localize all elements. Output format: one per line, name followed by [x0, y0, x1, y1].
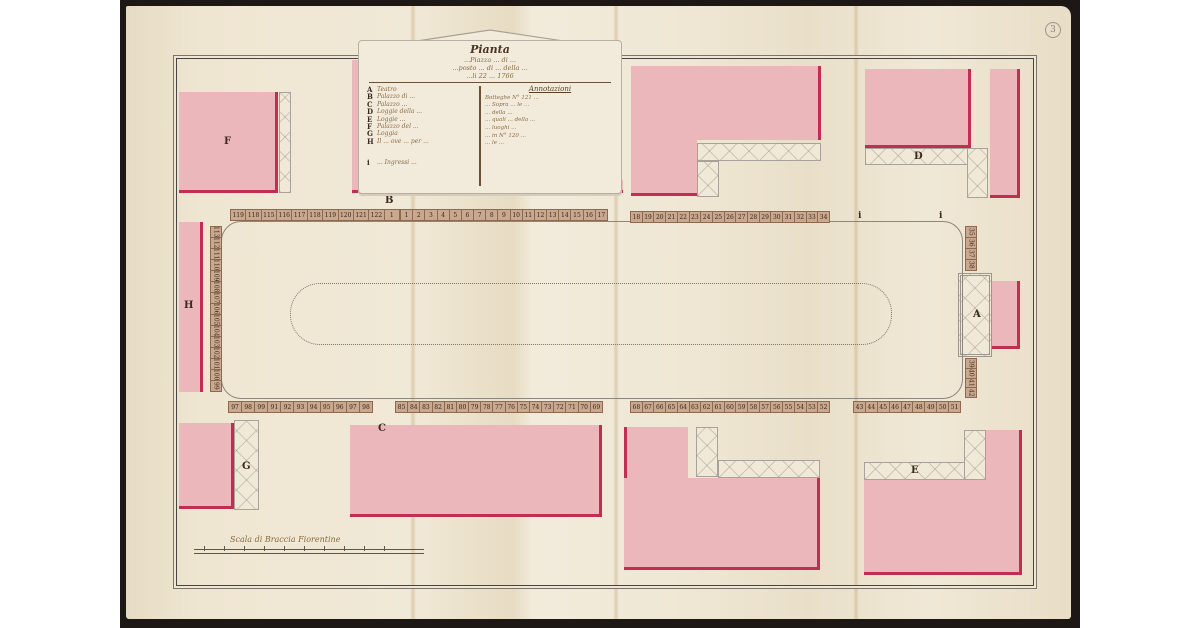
sheet-number: 3: [1045, 22, 1061, 38]
subtitle-line: ...posto ... di ... della ...: [367, 64, 613, 72]
annotation-line: ... in N° 120 ...: [485, 133, 615, 141]
portico-E-side: [964, 430, 986, 480]
annotation-line: ... quali ... della ...: [485, 117, 615, 125]
race-track: [290, 283, 892, 345]
legend-row: CPalazzo ...: [367, 101, 477, 108]
portico-D-side: [967, 148, 988, 198]
scale-bar: [194, 549, 424, 554]
portico-F: [279, 92, 291, 193]
building-A[interactable]: A: [958, 273, 992, 357]
building-B-label: B: [385, 195, 393, 206]
building-G[interactable]: G: [234, 420, 259, 510]
building-F[interactable]: F: [179, 92, 278, 193]
stalls-right-lower: 39404142: [965, 358, 977, 398]
building-G-block: [179, 423, 234, 509]
building-north-center[interactable]: [631, 66, 821, 140]
legend-row: HIl ... ove ... per ...: [367, 138, 477, 145]
annotation-line: ... Sopra ... le ...: [485, 102, 615, 110]
portico-north-center: [697, 143, 821, 161]
scale-label: Scala di Braccia Fiorentine: [230, 535, 340, 544]
building-E[interactable]: [864, 480, 1022, 575]
building-D-label: D: [914, 151, 923, 162]
entrance-marker: i: [939, 211, 942, 221]
building-south-center[interactable]: [624, 478, 820, 570]
annotation-line: ... le ...: [485, 140, 615, 148]
stalls-bottom-center: 8584838281807978777675747372717069: [395, 401, 603, 413]
stalls-bottom-right-mid: 6867666564636261605958575655545352: [630, 401, 830, 413]
legend-row: BPalazzo di ...: [367, 93, 477, 100]
stalls-top-center: 1234567891011121314151617: [400, 209, 608, 221]
building-label: H: [184, 300, 193, 311]
annotation-line: Botteghe N° 121 ...: [485, 95, 615, 103]
stalls-top-left: 1191181151161171181191201211221: [230, 209, 400, 221]
annotations-title: Annotazioni: [485, 86, 615, 94]
stalls-bottom-left: 9798999192939495969798: [228, 401, 373, 413]
subtitle-line: ...li 22 ... 1766: [367, 72, 613, 80]
stalls-bottom-right: 434445464748495051: [853, 401, 961, 413]
building-E-east: [986, 430, 1022, 480]
cartouche-divider: [479, 86, 481, 186]
stalls-right-upper: 35363738: [965, 226, 977, 271]
annotations: Annotazioni Botteghe N° 121 ... ... Sopr…: [485, 86, 615, 148]
legend-row: ELoggie ...: [367, 116, 477, 123]
legend-row: GLoggia: [367, 130, 477, 137]
annotation-line: ... luoghi ...: [485, 125, 615, 133]
portico-D: D: [865, 148, 971, 165]
portico-south-center: [718, 460, 820, 478]
building-E-label: E: [911, 465, 919, 476]
legend-row: i... Ingressi ...: [367, 159, 477, 166]
building-label: C: [378, 423, 386, 434]
stalls-left-column: 1131121111101091081071061051041031021011…: [210, 226, 222, 392]
building-H[interactable]: H: [179, 222, 203, 392]
building-north-center-wing: [631, 140, 697, 196]
portico-north-center-side: [697, 161, 719, 197]
building-C[interactable]: C: [350, 425, 602, 517]
legend-row: ATeatro: [367, 86, 477, 93]
building-label: F: [224, 136, 231, 147]
map-title: Pianta: [359, 43, 621, 56]
stalls-top-right: 1819202122232425262728293031323334: [630, 211, 830, 223]
annotation-line: ... della ...: [485, 110, 615, 118]
legend: ATeatro BPalazzo di ... CPalazzo ... DLo…: [367, 86, 477, 167]
building-D-east: [990, 69, 1020, 198]
building-G-label: G: [242, 461, 251, 472]
entrance-marker: i: [858, 211, 861, 221]
title-cartouche: Pianta ...Piazza ... di ... ...posto ...…: [358, 40, 622, 194]
building-A-label: A: [973, 309, 981, 320]
legend-row: FPalazzo del ...: [367, 123, 477, 130]
legend-row: DLoggie della ...: [367, 108, 477, 115]
portico-south-center-side: [696, 427, 718, 477]
building-D[interactable]: [865, 69, 971, 148]
cartouche-rule: [369, 82, 611, 83]
subtitle-line: ...Piazza ... di ...: [367, 56, 613, 64]
